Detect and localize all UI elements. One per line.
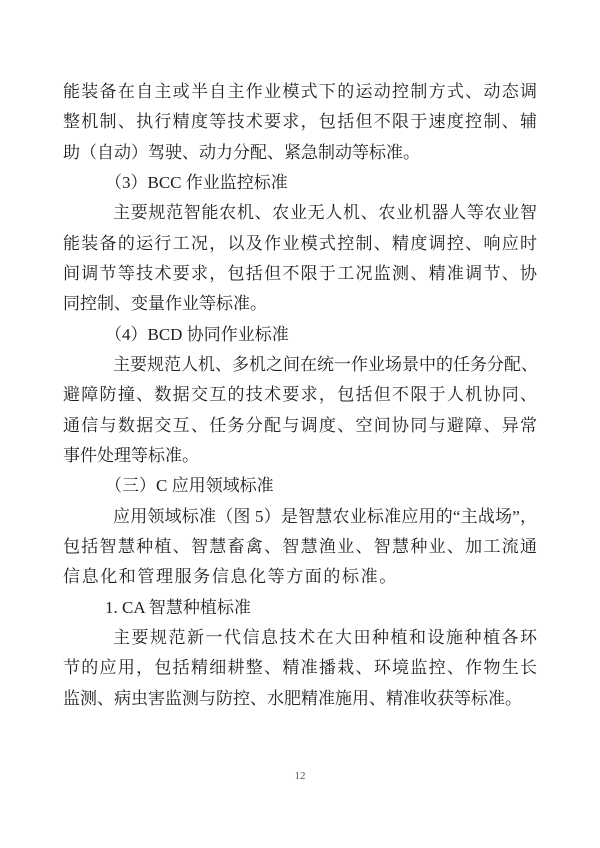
text-line: 应用领域标准（图 5）是智慧农业标准应用的“主战场”， <box>63 502 537 532</box>
text-line: 能装备的运行工况，以及作业模式控制、精度调控、响应时 <box>63 229 537 259</box>
heading-c-application-domain: （三）C 应用领域标准 <box>63 471 537 501</box>
text-line: 同控制、变量作业等标准。 <box>63 289 537 319</box>
text-line: 主要规范智能农机、农业无人机、农业机器人等农业智 <box>63 198 537 228</box>
document-text-block: 能装备在自主或半自主作业模式下的运动控制方式、动态调 整机制、执行精度等技术要求… <box>63 77 537 714</box>
text-line: 事件处理等标准。 <box>63 441 537 471</box>
page-number: 12 <box>0 770 600 782</box>
text-line: 信息化和管理服务信息化等方面的标准。 <box>63 562 537 592</box>
text-line: 主要规范新一代信息技术在大田种植和设施种植各环 <box>63 623 537 653</box>
text-line: 节的应用，包括精细耕整、精准播栽、环境监控、作物生长 <box>63 653 537 683</box>
text-line: 间调节等技术要求，包括但不限于工况监测、精准调节、协 <box>63 259 537 289</box>
text-line: 包括智慧种植、智慧畜禽、智慧渔业、智慧种业、加工流通 <box>63 532 537 562</box>
text-line: 通信与数据交互、任务分配与调度、空间协同与避障、异常 <box>63 411 537 441</box>
text-line: 助（自动）驾驶、动力分配、紧急制动等标准。 <box>63 138 537 168</box>
text-line: 主要规范人机、多机之间在统一作业场景中的任务分配、 <box>63 350 537 380</box>
heading-ca-smart-planting: 1. CA 智慧种植标准 <box>63 593 537 623</box>
heading-bcd-cooperative-operation: （4）BCD 协同作业标准 <box>63 320 537 350</box>
text-line: 能装备在自主或半自主作业模式下的运动控制方式、动态调 <box>63 77 537 107</box>
text-line: 监测、病虫害监测与防控、水肥精准施用、精准收获等标准。 <box>63 684 537 714</box>
text-line: 整机制、执行精度等技术要求，包括但不限于速度控制、辅 <box>63 107 537 137</box>
text-line: 避障防撞、数据交互的技术要求，包括但不限于人机协同、 <box>63 380 537 410</box>
heading-bcc-operation-monitoring: （3）BCC 作业监控标准 <box>63 168 537 198</box>
document-page: 能装备在自主或半自主作业模式下的运动控制方式、动态调 整机制、执行精度等技术要求… <box>0 0 600 848</box>
